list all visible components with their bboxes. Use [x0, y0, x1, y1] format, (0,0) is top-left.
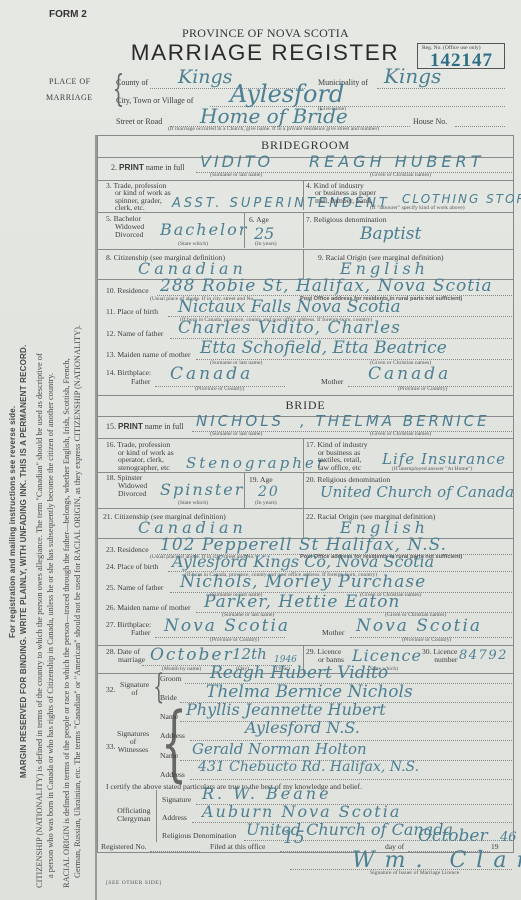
bride-given-names: , THELMA BERNICE — [300, 412, 490, 430]
label-line: clerk, etc. — [106, 204, 171, 211]
bride-religion: United Church of Canada — [320, 483, 514, 501]
industry-hint: (If "labourer" specify kind of work abov… — [370, 205, 465, 211]
divider — [244, 472, 245, 508]
bride-trade-label: 16. Trade, profession or kind of work as… — [106, 441, 174, 471]
bride-status-label: 18. Spinster Widowed Divorced — [106, 474, 147, 498]
marriage-register-document: For registration and mailing instruction… — [0, 0, 521, 900]
divider — [303, 249, 304, 279]
street-value: Home of Bride — [200, 104, 348, 128]
label-line: Witnesses — [117, 746, 149, 754]
street-label: Street or Road — [116, 117, 162, 126]
bride-mother-birthplace: Nova Scotia — [356, 616, 482, 636]
divider — [244, 212, 245, 248]
province-hint: (Province or Country) — [398, 386, 447, 392]
groom-industry-label: 4. Kind of industry or business as paper… — [306, 182, 376, 204]
groom-parents-birthplace-label: 14. Birthplace: — [106, 368, 151, 377]
place-of-label: PLACE OF — [49, 77, 91, 86]
signature-number: 32. — [106, 685, 116, 694]
groom-signature-label: Groom — [160, 674, 182, 683]
province-hint: (Province or Country) — [402, 637, 451, 643]
label-line: mill, lumber, bank, — [306, 197, 376, 204]
bride-status: Spinster — [160, 480, 244, 499]
label-line: Divorced — [106, 231, 144, 239]
margin-line-binding: MARGIN RESERVED FOR BINDING. WRITE PLAIN… — [19, 128, 30, 888]
house-no-line — [455, 126, 505, 127]
status-hint: (State which) — [178, 500, 208, 506]
groom-name-label: 2. PRINT name in full — [111, 162, 185, 172]
father-birthplace-label: Father — [131, 377, 150, 386]
divider — [97, 395, 514, 396]
margin-line-racial-a: RACIAL ORIGIN is defined in terms of the… — [62, 128, 73, 888]
divider — [97, 438, 514, 439]
witness2-address: 431 Chebucto Rd. Halifax, N.S. — [198, 759, 419, 775]
clergy-signature: R. W. Beane — [202, 784, 332, 803]
groom-surname: VIDITO — [200, 152, 273, 171]
bride-mother-label: 26. Maiden name of mother — [106, 603, 191, 612]
bride-section-title: BRIDE — [97, 398, 514, 413]
house-no-label: House No. — [413, 117, 447, 126]
witnesses-number: 33. — [106, 742, 116, 751]
municipality-value: Kings — [384, 64, 441, 88]
groom-father-label: 12. Name of father — [106, 329, 163, 338]
label-line: Divorced — [106, 490, 147, 498]
binding-margin: For registration and mailing instruction… — [0, 0, 95, 900]
bride-name-label: 15. PRINT name in full — [106, 421, 184, 431]
clergy-signature-label: Signature — [162, 795, 191, 804]
province-hint: (Province or Country) — [210, 637, 259, 643]
divider — [97, 508, 514, 509]
label-print: PRINT — [118, 421, 143, 431]
age-hint: (In years) — [255, 500, 277, 506]
bride-age: 20 — [258, 484, 280, 500]
label-print: PRINT — [119, 162, 144, 172]
bride-residence-label: 23. Residence — [106, 545, 149, 554]
groom-mother-birthplace: Canada — [368, 364, 451, 384]
province-hint: (Province or Country) — [195, 386, 244, 392]
groom-religion-label: 7. Religious denomination — [306, 215, 386, 224]
month-hint: (Month by name) — [162, 666, 201, 672]
divider — [97, 212, 514, 213]
witness1-address: Aylesford N.S. — [245, 718, 360, 737]
divider — [303, 472, 304, 508]
witness2-name: Gerald Norman Holton — [192, 740, 367, 758]
county-value: Kings — [178, 66, 232, 88]
bride-industry-label: 17. Kind of industry or business as text… — [306, 441, 368, 471]
divider — [303, 508, 304, 538]
surname-hint: (Surname or last name) — [210, 172, 262, 178]
filed-day: 15 — [283, 828, 305, 848]
divider — [303, 438, 304, 471]
issuer-label: Signature of Issuer of Marriage Licence — [370, 870, 459, 876]
groom-signature: Reagh Hubert Vidito — [210, 663, 388, 683]
divider — [97, 472, 514, 473]
margin-line-racial-b: German, Russian, Ukrainian, etc. The ter… — [73, 128, 84, 888]
witness1-name: Phyllis Jeannette Hubert — [186, 700, 386, 719]
registered-no-label: Registered No. — [101, 842, 147, 851]
province-heading: PROVINCE OF NOVA SCOTIA — [0, 26, 521, 41]
mother-birthplace-label: Mother — [322, 628, 344, 637]
label-text: name in full — [145, 422, 184, 431]
margin-line-citizenship-a: CITIZENSHIP (NATIONALITY) is defined in … — [35, 128, 46, 888]
age-hint: (In years) — [255, 241, 277, 247]
bride-father-label: 25. Name of father — [106, 583, 163, 592]
mother-birthplace-label: Mother — [321, 377, 343, 386]
divider — [303, 180, 304, 210]
city-label: City, Town or Village of — [116, 96, 193, 105]
municipality-line — [377, 88, 505, 89]
groom-industry: CLOTHING STORE — [402, 192, 521, 206]
bride-birthplace-label: 24. Place of birth — [106, 562, 158, 571]
groom-father-birthplace: Canada — [170, 364, 253, 384]
bride-mother: Parker, Hettie Eaton — [204, 592, 400, 612]
margin-line-citizenship-b: a person who was born in Canada or who h… — [46, 128, 57, 888]
groom-birthplace-label: 11. Place of birth — [106, 307, 158, 316]
groom-birthplace: Nictaux Falls Nova Scotia — [178, 297, 401, 317]
county-label: County of — [116, 78, 148, 87]
street-hint: (If marriage occurred in a Church, give … — [168, 126, 379, 132]
status-hint: (State which) — [178, 241, 208, 247]
divider — [97, 249, 514, 250]
signature-of-label: Signature of — [120, 681, 149, 697]
groom-status-label: 5. Bachelor Widowed Divorced — [106, 215, 144, 239]
groom-residence: 288 Robie St, Halifax, Nova Scotia — [160, 276, 493, 296]
filed-day-line — [280, 851, 360, 852]
marriage-day: 12th — [232, 645, 267, 663]
marriage-date-label: 28. Date of marriage — [106, 648, 145, 664]
bride-birthplace: Aylesford Kings Co, Nova Scotia — [172, 552, 434, 571]
groom-section-title: BRIDEGROOM — [97, 138, 514, 153]
groom-father: Charles Vidito, Charles — [178, 318, 401, 338]
groom-residence-label: 10. Residence — [106, 286, 149, 295]
label-number: 15. — [106, 422, 116, 431]
label-text: name in full — [146, 163, 185, 172]
clergy-bracket — [156, 790, 157, 842]
licence-number-label: 30. Licence number — [422, 648, 457, 664]
margin-instructions: For registration and mailing instruction… — [8, 128, 83, 888]
bride-age-label: 19. Age — [249, 475, 273, 484]
groom-trade-label: 3. Trade, profession or kind of work as … — [106, 182, 171, 211]
bride-father-birthplace: Nova Scotia — [164, 616, 290, 636]
groom-mother: Etta Schofield, Etta Beatrice — [200, 338, 447, 358]
clergy-address: Auburn Nova Scotia — [202, 802, 401, 821]
given-hint: (Given or Christian names) — [370, 431, 431, 437]
label-line: marriage — [106, 656, 145, 664]
bride-surname: NICHOLS — [196, 412, 284, 430]
bride-father: Nichols, Morley Purchase — [180, 572, 426, 592]
document-title: MARRIAGE REGISTER — [120, 40, 410, 66]
groom-status: Bachelor — [160, 220, 248, 239]
groom-given-names: REAGH HUBERT — [309, 152, 484, 171]
groom-age-label: 6. Age — [249, 215, 269, 224]
filed-label: Filed at this office — [210, 842, 265, 851]
witness2-address-label: Address — [160, 770, 185, 779]
licence-or-banns-label: 29. Licence or banns — [306, 648, 344, 664]
officiating-clergyman-label: Officiating Clergyman — [117, 807, 151, 823]
label-number: 2. — [111, 163, 117, 172]
witness2-address-line — [190, 779, 512, 780]
clergy-denomination-label: Religious Denomination — [162, 831, 236, 840]
marriage-month: October — [150, 645, 234, 665]
surname-hint: (Surname or last name) — [210, 431, 262, 437]
witness2-name-label: Name — [160, 751, 178, 760]
label-line: Clergyman — [117, 815, 151, 823]
licence-number: 84792 — [459, 648, 508, 663]
given-hint: (Given or Christian names) — [370, 172, 431, 178]
see-other-side: [SEE OTHER SIDE] — [106, 880, 162, 886]
filed-month: October — [418, 826, 488, 846]
label-line: number — [422, 656, 457, 664]
witness1-address-label: Address — [160, 731, 185, 740]
witnesses-label: Signatures of Witnesses — [117, 730, 149, 754]
father-birthplace-label: Father — [131, 628, 150, 637]
marriage-label: MARRIAGE — [46, 93, 93, 102]
divider — [303, 212, 304, 248]
clergy-address-label: Address — [162, 813, 187, 822]
label-line: law office, etc — [306, 464, 368, 472]
label-line: stenographer, etc — [106, 464, 174, 472]
groom-mother-label: 13. Maiden name of mother — [106, 350, 191, 359]
witness1-name-label: Name — [160, 712, 178, 721]
bride-signature: Thelma Bernice Nichols — [206, 682, 413, 702]
filed-year: 46 — [500, 830, 517, 845]
groom-religion: Baptist — [360, 224, 421, 244]
label-line: of — [120, 689, 149, 697]
form-number: FORM 2 — [49, 9, 87, 20]
margin-line-instructions: For registration and mailing instruction… — [8, 128, 19, 888]
registered-no-line — [150, 851, 200, 852]
